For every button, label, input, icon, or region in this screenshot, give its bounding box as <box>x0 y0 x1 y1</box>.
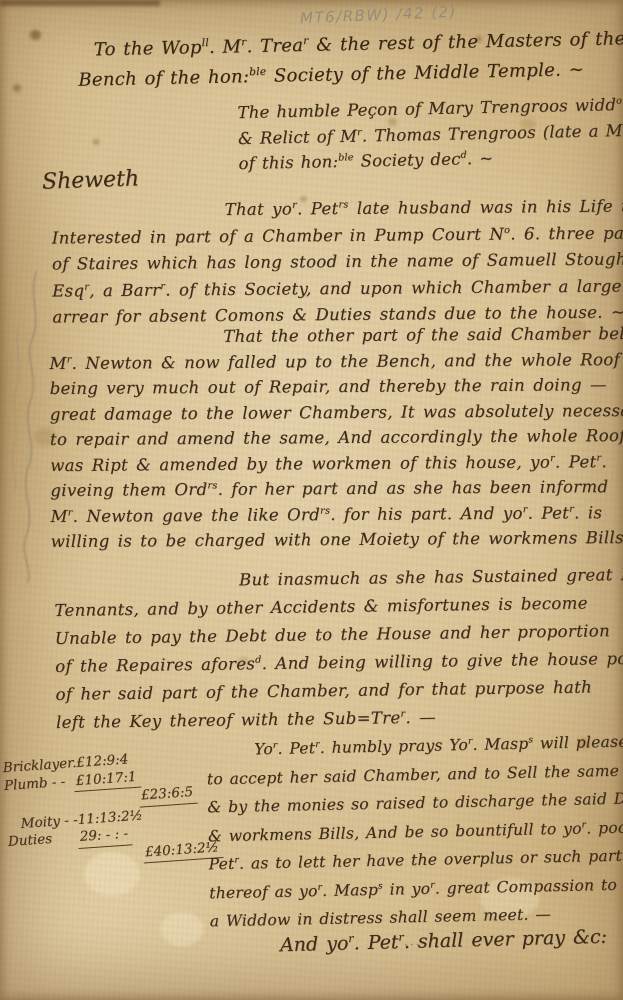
prayer-paragraph: Yor. Petr. humbly prays Yor. Masps will … <box>206 728 623 936</box>
pencil-stray-mark: ··· <box>404 938 421 952</box>
paper-stain <box>13 84 21 92</box>
manuscript-line: was Ript & amended by the workmen of thi… <box>50 448 623 478</box>
paragraph-inability-to-pay: But inasmuch as she has Sustained great … <box>54 561 623 737</box>
paper-stain <box>160 912 204 946</box>
paper-stain <box>93 139 99 145</box>
manuscript-line: great damage to the lower Chambers, It w… <box>50 397 623 427</box>
sheweth-label: Sheweth <box>42 166 140 194</box>
petition-heading: To the Wopll. Mr. Trear & the rest of th… <box>77 24 623 95</box>
paper-stain <box>0 0 160 6</box>
paragraph-chamber-interest: That yor. Petrs late husband was in his … <box>51 193 623 331</box>
account-amount: 29: - : - <box>77 825 133 848</box>
account-amount: £23:6:5 <box>139 784 198 808</box>
margin-account: Bricklayer. £12:9:4 Plumb - - £10:17:1 £… <box>2 748 181 873</box>
paragraph-roof-repair: That the other part of the said Chamber … <box>49 321 623 555</box>
account-label <box>10 860 80 865</box>
show-through-writing <box>4 268 54 588</box>
manuscript-line: That the other part of the said Chamber … <box>49 321 623 351</box>
petition-title: The humble Peçon of Mary Trengroos widdo… <box>237 92 623 177</box>
paper-stain <box>30 30 41 40</box>
manuscript-line: being very much out of Repair, and there… <box>50 372 623 402</box>
archival-reference: MT6/RBW) /42 (2) <box>300 3 458 28</box>
manuscript-line: giveing them Ordrs. for her part and as … <box>50 474 623 504</box>
manuscript-line: Mr. Newton gave the like Ordrs. for his … <box>50 499 623 529</box>
account-label: Duties <box>7 829 78 851</box>
manuscript-line: Mr. Newton & now falled up to the Bench,… <box>49 346 623 376</box>
account-label <box>6 804 76 809</box>
manuscript-page: MT6/RBW) /42 (2) To the Wopll. Mr. Trear… <box>0 0 623 1000</box>
manuscript-line: to repair and amend the same, And accord… <box>50 423 623 453</box>
account-label: Plumb - - <box>3 773 74 795</box>
manuscript-line: willing is to be charged with one Moiety… <box>51 525 623 555</box>
